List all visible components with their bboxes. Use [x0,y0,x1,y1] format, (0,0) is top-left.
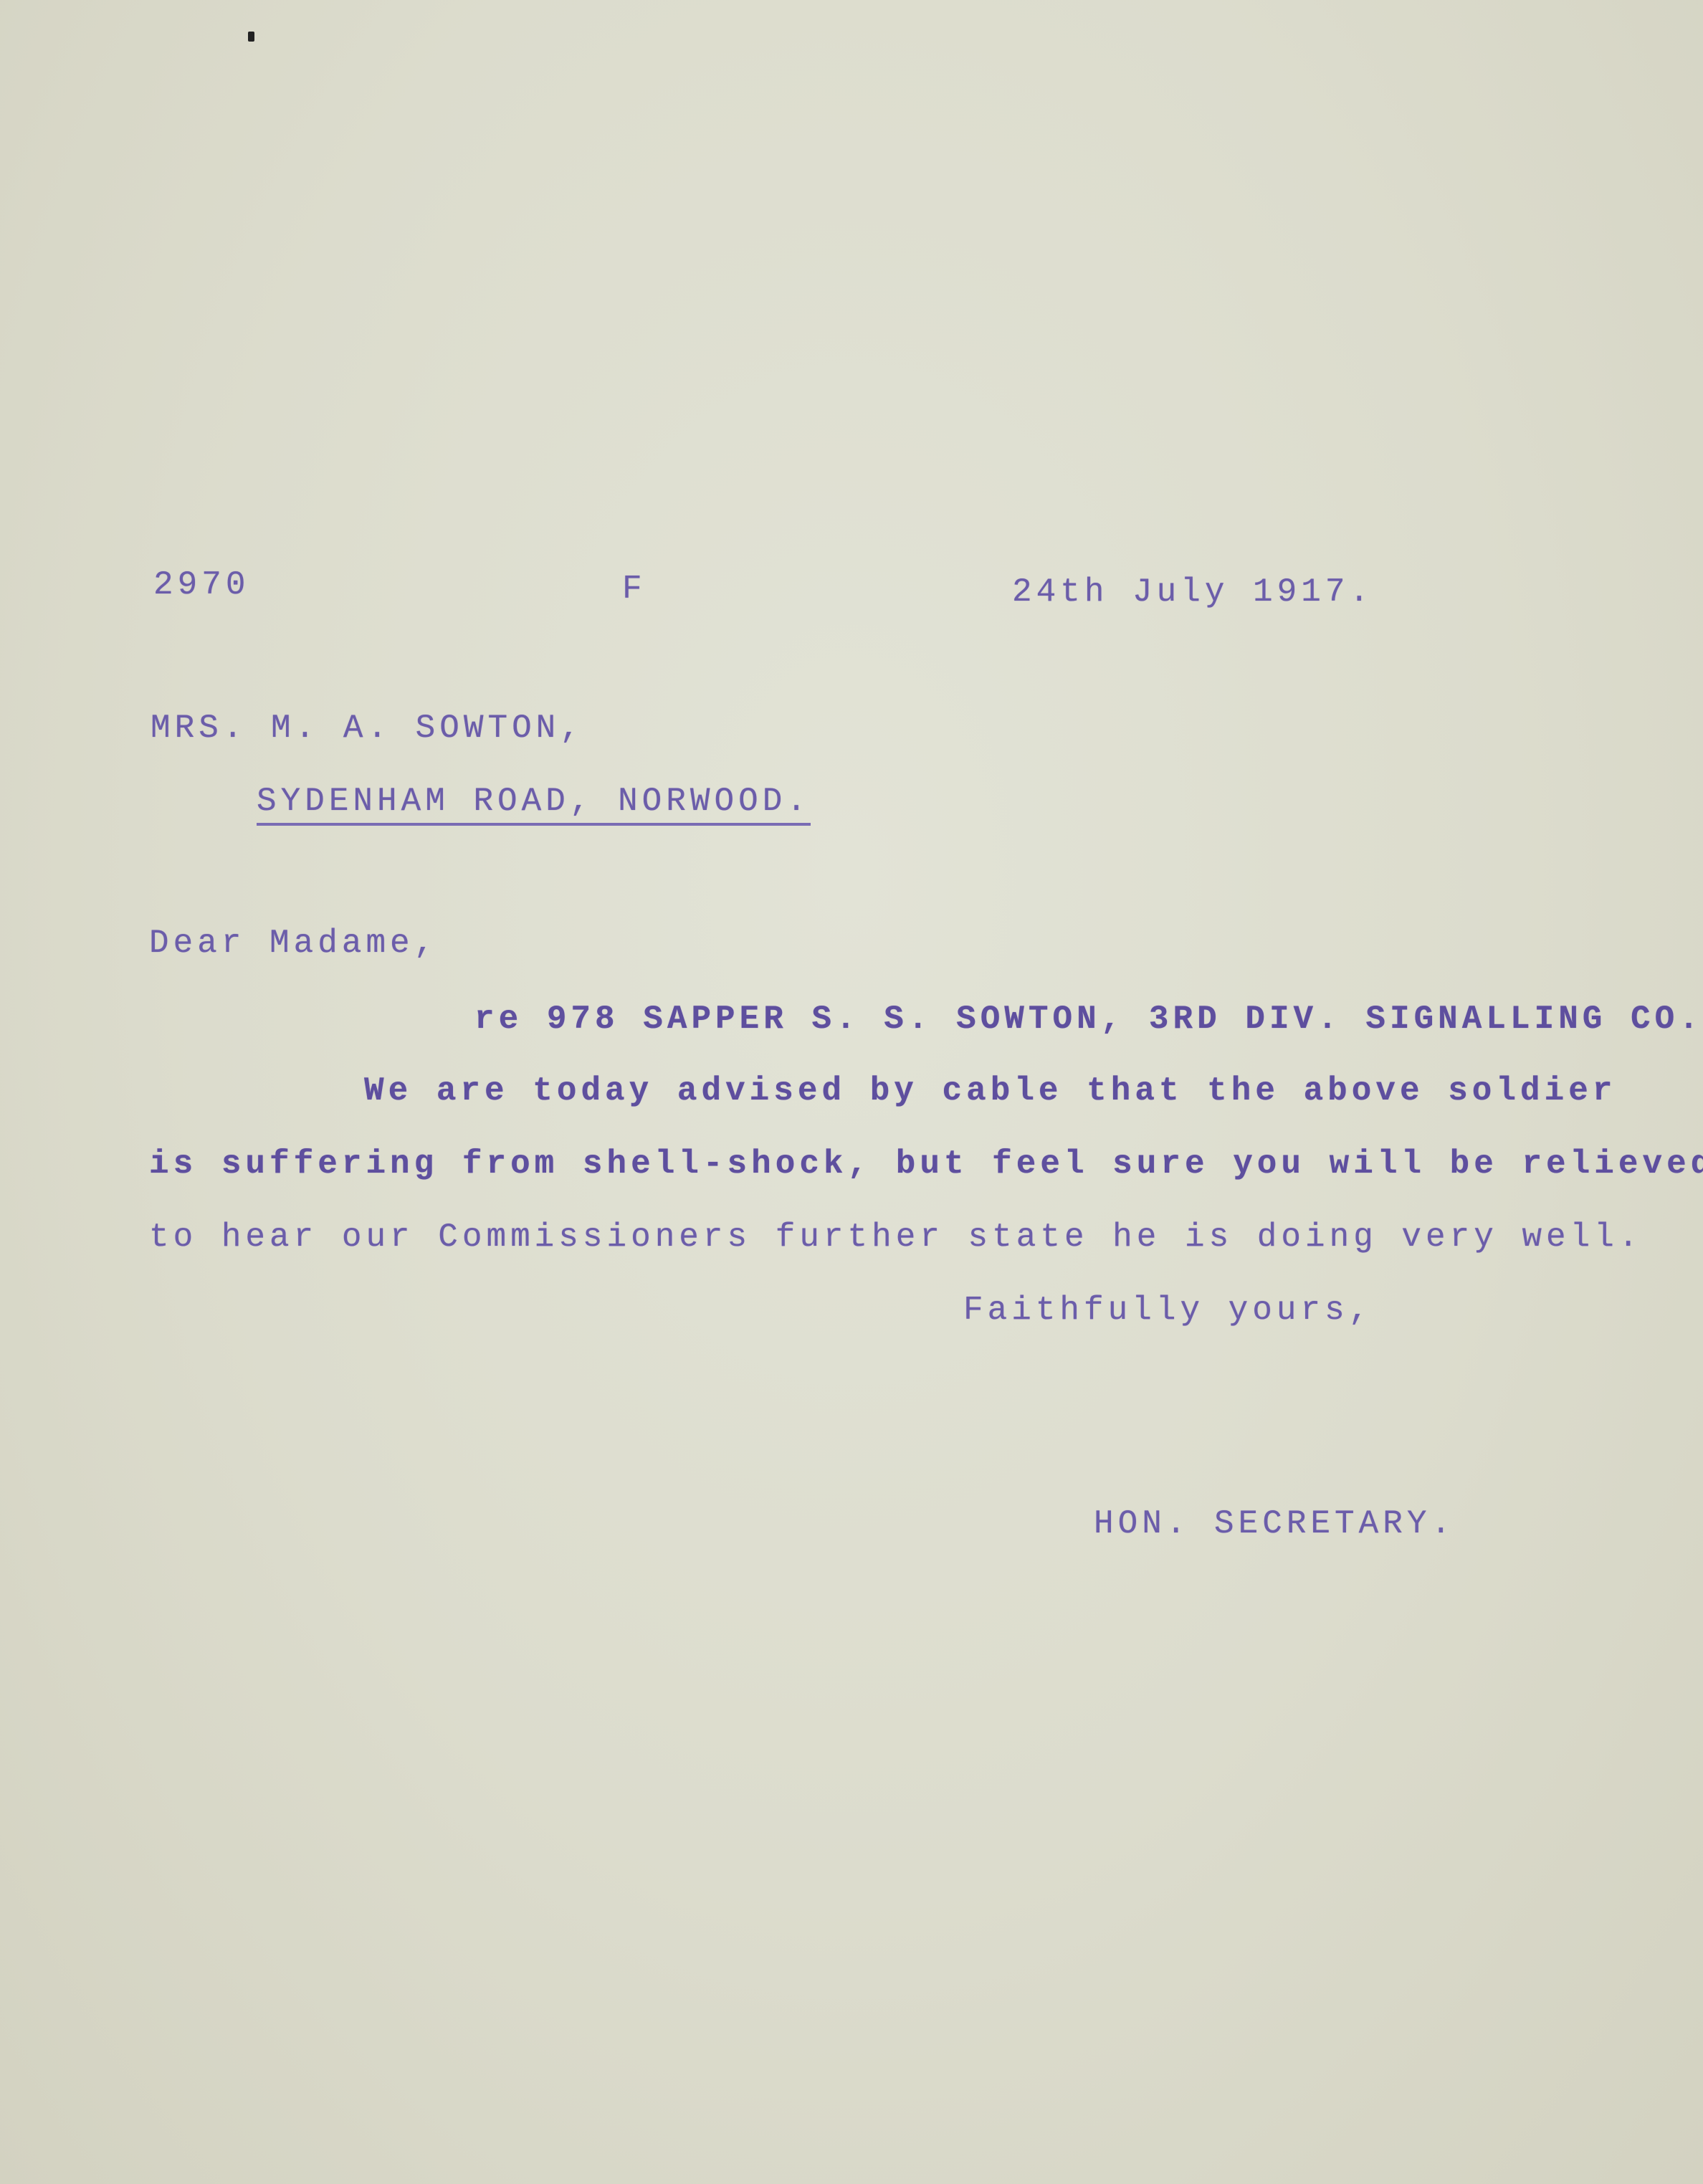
body-line-1: We are today advised by cable that the a… [364,1072,1616,1110]
subject-line: re 978 SAPPER S. S. SOWTON, 3RD DIV. SIG… [474,1001,1703,1038]
closing: Faithfully yours, [963,1292,1373,1329]
recipient-address: SYDENHAM ROAD, NORWOOD. [257,783,811,826]
body-line-3: to hear our Commissioners further state … [149,1219,1642,1256]
signature: HON. SECRETARY. [1094,1505,1455,1542]
reference-number: 2970 [153,566,249,604]
file-code: F [622,571,647,608]
salutation: Dear Madame, [149,925,438,962]
ink-mark [248,32,254,42]
letter-date: 24th July 1917. [1012,573,1373,611]
body-line-2: is suffering from shell-shock, but feel … [149,1145,1703,1183]
recipient-name: MRS. M. A. SOWTON, [151,710,584,747]
